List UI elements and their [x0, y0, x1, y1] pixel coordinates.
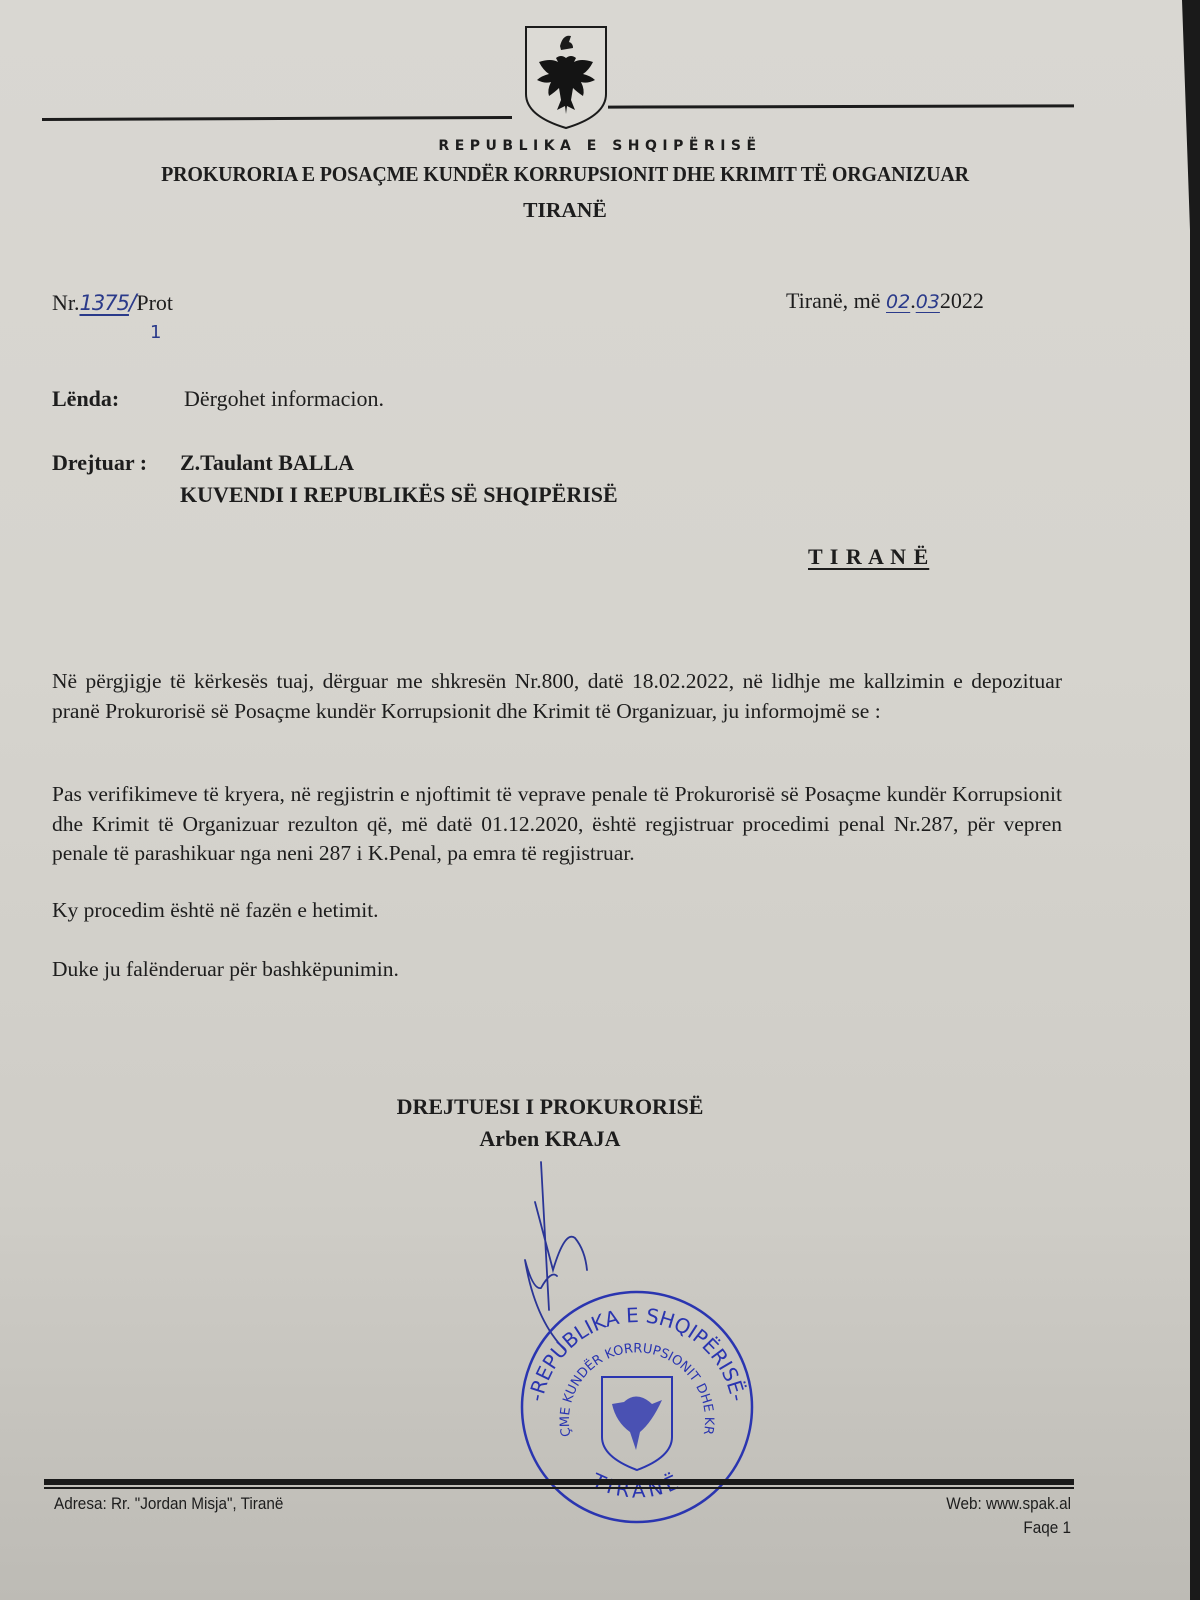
date-day-handwritten: 02 — [886, 291, 910, 313]
addressee-label: Drejtuar : — [52, 450, 147, 476]
body-paragraph-2: Pas verifikimeve të kryera, në regjistri… — [52, 780, 1062, 869]
footer-rule-thin — [44, 1487, 1074, 1489]
institution-heading: PROKURORIA E POSAÇME KUNDËR KORRUPSIONIT… — [40, 162, 1091, 187]
addressee-city: T I R A N Ë — [808, 544, 929, 570]
svg-text:TIRANË: TIRANË — [588, 1468, 686, 1503]
footer-page-number: Faqe 1 — [900, 1518, 1071, 1538]
subject-value: Dërgohet informacion. — [184, 386, 384, 412]
addressee-organization: KUVENDI I REPUBLIKËS SË SHQIPËRISË — [180, 482, 618, 508]
signatory-title: DREJTUESI I PROKURORISË — [0, 1094, 1100, 1120]
body-paragraph-3: Ky procedim është në fazën e hetimit. — [52, 896, 1062, 926]
footer-address: Adresa: Rr. "Jordan Misja", Tiranë — [54, 1494, 283, 1514]
protocol-sub-number: 1 — [150, 322, 161, 343]
institution-city: TIRANË — [0, 198, 1130, 223]
signatory-name: Arben KRAJA — [0, 1126, 1100, 1152]
closing-line: Duke ju falënderuar për bashkëpunimin. — [52, 955, 1062, 985]
subject-label: Lënda: — [52, 386, 119, 412]
document-date: Tiranë, më 02.032022 — [786, 288, 984, 314]
footer-web: Web: www.spak.al — [900, 1494, 1071, 1514]
country-heading: REPUBLIKA E SHQIPËRISË — [0, 138, 1200, 154]
footer-rule-thick — [44, 1479, 1074, 1485]
albania-coat-of-arms-icon — [523, 24, 609, 130]
addressee-name: Z.Taulant BALLA — [180, 450, 354, 476]
date-month-handwritten: 03 — [916, 291, 940, 313]
body-paragraph-1: Në përgjigje të kërkesës tuaj, dërguar m… — [52, 667, 1062, 726]
protocol-number: Nr.1375/Prot — [52, 290, 173, 316]
protocol-number-handwritten: 1375 — [80, 291, 129, 315]
official-stamp-icon: -REPUBLIKA E SHQIPËRISË- PROKURORIA E PO… — [512, 1282, 762, 1532]
